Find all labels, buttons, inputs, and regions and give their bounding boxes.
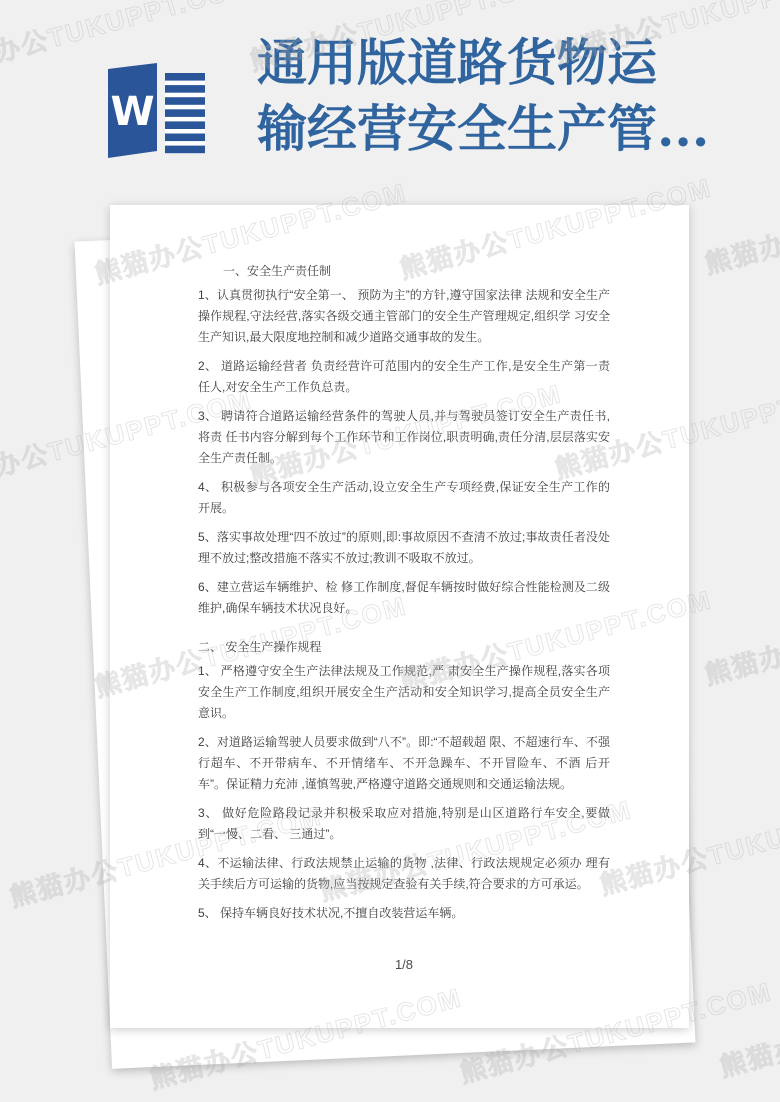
document-title-line2: 输经营安全生产管... [257, 96, 737, 162]
watermark-text: 熊猫办公TUKUPPT.COM [700, 162, 780, 281]
document-title-line1: 通用版道路货物运 [257, 30, 737, 96]
word-icon-letter: W [110, 89, 154, 135]
paragraph: 3、 做好危险路段记录并积极采取应对措施,特别是山区道路行车安全,要做到“一慢、… [198, 803, 610, 845]
watermark-text: 熊猫办公TUKUPPT.COM [700, 573, 780, 692]
paragraph: 5、 保持车辆良好技术状况,不擅自改装营运车辆。 [198, 903, 610, 924]
section-heading: 二、 安全生产操作规程 [198, 637, 610, 658]
section-heading: 一、安全生产责任制 [198, 261, 610, 282]
paragraph: 2、 道路运输经营者 负责经营许可范围内的安全生产工作,是安全生产第一责任人,对… [198, 356, 610, 398]
watermark-text: 熊猫办公TUKUPPT.COM [715, 965, 780, 1084]
preview-background: W 通用版道路货物运 输经营安全生产管... 一、安全生产责任制1、认真贯彻执行… [0, 0, 780, 1102]
document-section: 二、 安全生产操作规程1、 严格遵守安全生产法律法规及工作规范,严 肃安全生产操… [198, 637, 610, 924]
paragraph: 1、 严格遵守安全生产法律法规及工作规范,严 肃安全生产操作规程,落实各项安全生… [198, 661, 610, 724]
page-number: 1/8 [198, 954, 610, 975]
paragraph: 4、 积极参与各项安全生产活动,设立安全生产专项经费,保证安全生产工作的开展。 [198, 477, 610, 519]
word-file-icon: W [108, 62, 206, 160]
paragraph: 3、 聘请符合道路运输经营条件的驾驶人员,并与驾驶员签订安全生产责任书,将责 任… [198, 406, 610, 469]
document-title: 通用版道路货物运 输经营安全生产管... [257, 30, 737, 162]
paragraph: 6、建立营运车辆维护、检 修工作制度,督促车辆按时做好综合性能检测及二级维护,确… [198, 577, 610, 619]
paragraph: 4、不运输法律、行政法规禁止运输的货物 ,法律、行政法规规定必须办 理有关手续后… [198, 853, 610, 895]
document-page: 一、安全生产责任制1、认真贯彻执行“安全第一、 预防为主”的方针,遵守国家法律 … [110, 205, 689, 1028]
document-section: 一、安全生产责任制1、认真贯彻执行“安全第一、 预防为主”的方针,遵守国家法律 … [198, 261, 610, 619]
paragraph: 5、落实事故处理“四不放过”的原则,即:事故原因不查清不放过;事故责任者没处理不… [198, 527, 610, 569]
word-icon-graphic: W [108, 62, 206, 160]
paragraph: 1、认真贯彻执行“安全第一、 预防为主”的方针,遵守国家法律 法规和安全生产操作… [198, 285, 610, 348]
paragraph: 2、对道路运输驾驶人员要求做到“八不”。即:“不超载超 限、不超速行车、不强行超… [198, 732, 610, 795]
document-body: 一、安全生产责任制1、认真贯彻执行“安全第一、 预防为主”的方针,遵守国家法律 … [110, 205, 689, 975]
